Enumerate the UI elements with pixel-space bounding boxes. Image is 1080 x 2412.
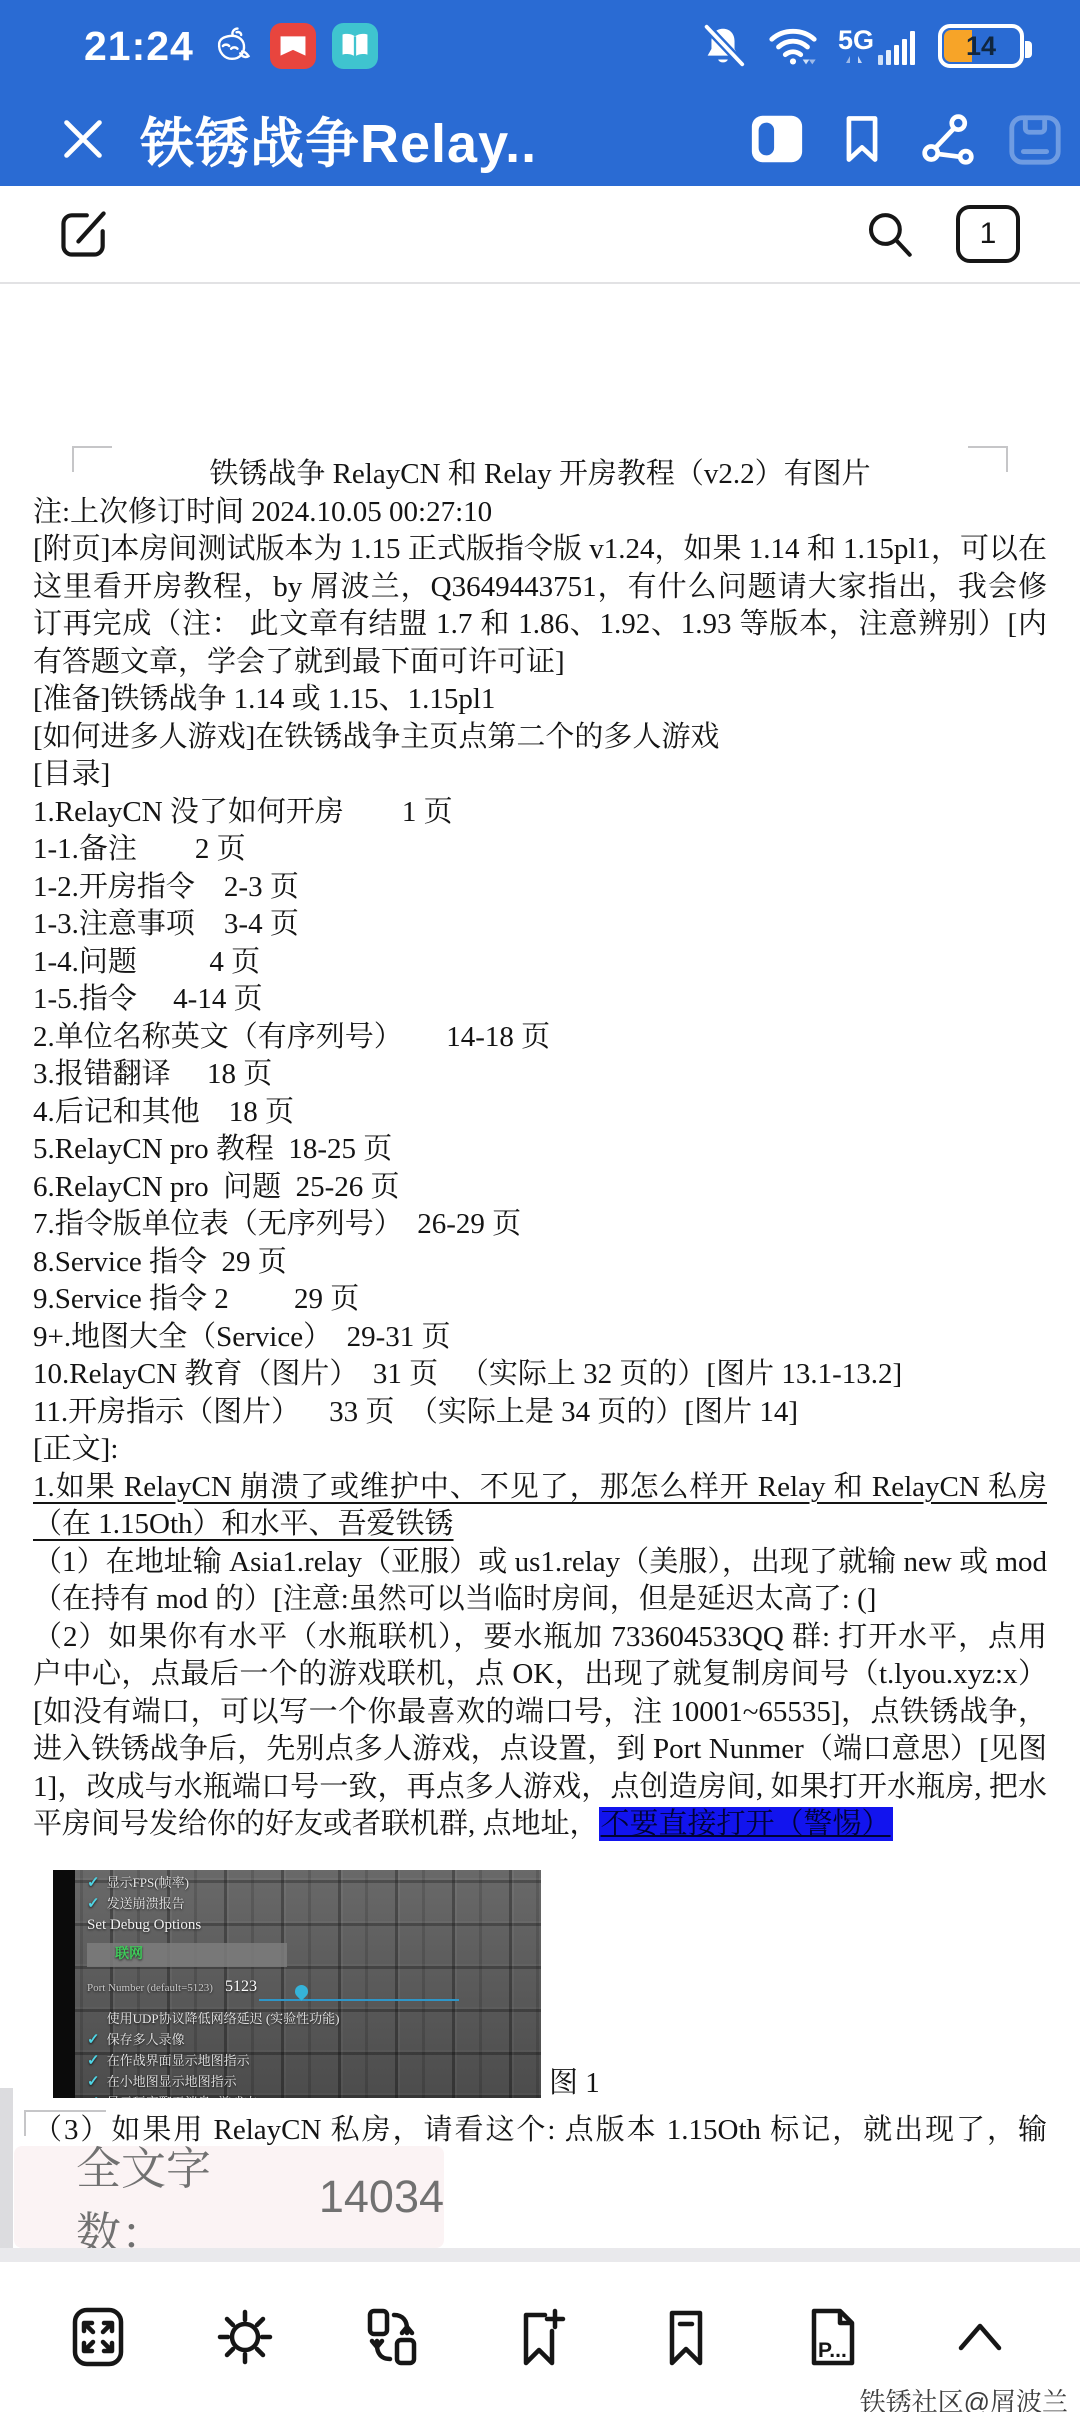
export-pdf-button[interactable]: P... bbox=[801, 2304, 867, 2370]
section-heading-underlined: 1.如果 RelayCN 崩溃了或维护中、不见了，那怎么样开 Relay 和 R… bbox=[33, 1469, 1047, 1544]
check-icon: ✓ bbox=[87, 1897, 100, 1911]
doc-line: [目录] bbox=[33, 756, 1047, 794]
page-indicator[interactable]: 1 bbox=[956, 205, 1020, 263]
check-icon: ✓ bbox=[87, 2075, 100, 2089]
fit-screen-button[interactable] bbox=[66, 2304, 132, 2370]
game-checkbox: ✓显示FPS(帧率) bbox=[87, 1875, 537, 1891]
contents-panel-button[interactable] bbox=[748, 109, 808, 169]
slider-track bbox=[259, 1999, 459, 2001]
paragraph-text: （2）如果你有水平（水瓶联机），要水瓶加 733604533QQ 群: 打开水平… bbox=[33, 1621, 1047, 1841]
doc-line: [如何进多人游戏]在铁锈战争主页点第二个的多人游戏 bbox=[33, 719, 1047, 757]
check-icon: ✓ bbox=[87, 2033, 100, 2047]
figure-caption: 图 1 bbox=[549, 2068, 600, 2098]
red-book-app-icon bbox=[270, 23, 316, 69]
toc-line: 11.开房指示（图片） 33 页 （实际上是 34 页的）[图片 14] bbox=[33, 1394, 1047, 1432]
divider bbox=[0, 2248, 1080, 2262]
battery-percent: 14 bbox=[966, 31, 996, 62]
save-button[interactable] bbox=[1006, 109, 1066, 169]
bookmark-add-button[interactable] bbox=[507, 2304, 573, 2370]
game-checkbox: ✓保存多人录像 bbox=[87, 2032, 537, 2048]
doc-line: [正文]: bbox=[33, 1431, 1047, 1469]
word-count-label: 全文字数： bbox=[76, 2132, 301, 2262]
game-network-tab: 联网 bbox=[87, 1943, 287, 1967]
toc-line: 1.RelayCN 没了如何开房 1 页 bbox=[33, 794, 1047, 832]
toc-line: 9+.地图大全（Service） 29-31 页 bbox=[33, 1319, 1047, 1357]
bell-muted-icon bbox=[698, 21, 748, 71]
reader-toolbar: 1 bbox=[0, 186, 1080, 282]
toc-line: 2.单位名称英文（有序列号） 14-18 页 bbox=[33, 1019, 1047, 1057]
doc-heading: 铁锈战争 RelayCN 和 Relay 开房教程（v2.2）有图片 bbox=[33, 456, 1047, 494]
status-bar: 21:24 bbox=[0, 18, 1080, 74]
whale-app-icon bbox=[210, 24, 254, 68]
game-checkbox: ✓发送崩溃报告 bbox=[87, 1896, 537, 1912]
doc-line: 注:上次修订时间 2024.10.05 00:27:10 bbox=[33, 494, 1047, 532]
page-reflow-button[interactable] bbox=[360, 2304, 426, 2370]
collapse-button[interactable] bbox=[948, 2304, 1014, 2370]
share-button[interactable] bbox=[920, 109, 980, 169]
toc-line: 1-3.注意事项 3-4 页 bbox=[33, 906, 1047, 944]
close-button[interactable] bbox=[56, 110, 114, 168]
slider-handle-icon bbox=[292, 1982, 310, 2000]
toc-line: 8.Service 指令 29 页 bbox=[33, 1244, 1047, 1282]
game-checkbox: ✓在作战界面显示地图指示 bbox=[87, 2053, 537, 2069]
game-checkbox: ✓使用UDP协议降低网络延迟 (实验性功能) bbox=[87, 2011, 537, 2027]
document-body: 铁锈战争 RelayCN 和 Relay 开房教程（v2.2）有图片 注:上次修… bbox=[33, 456, 1047, 2187]
figure-image-game-settings: ✓显示FPS(帧率) ✓发送崩溃报告 Set Debug Options 联网 … bbox=[53, 1870, 541, 2098]
network-type-label: 5G bbox=[838, 27, 874, 53]
toc-line: 9.Service 指令 2 29 页 bbox=[33, 1281, 1047, 1319]
search-button[interactable] bbox=[862, 207, 916, 261]
word-count-value: 14034 bbox=[319, 2171, 444, 2223]
signal-bars-icon: 5G bbox=[838, 27, 920, 65]
bookmark-button[interactable] bbox=[834, 109, 894, 169]
toc-line: 10.RelayCN 教育（图片） 31 页 （实际上 32 页的）[图片 13… bbox=[33, 1356, 1047, 1394]
document-title: 铁锈战争Relay.. bbox=[140, 101, 537, 178]
highlighted-text: 不要直接打开（警惕） bbox=[599, 1807, 893, 1841]
toc-line: 1-4.问题 4 页 bbox=[33, 944, 1047, 982]
toc-line: 1-1.备注 2 页 bbox=[33, 831, 1047, 869]
doc-line: [附页]本房间测试版本为 1.15 正式版指令版 v1.24，如果 1.14 和… bbox=[33, 531, 1047, 681]
check-icon: ✓ bbox=[87, 1876, 100, 1890]
figure-block: ✓显示FPS(帧率) ✓发送崩溃报告 Set Debug Options 联网 … bbox=[53, 1870, 1047, 2098]
app-header: 21:24 bbox=[0, 0, 1080, 186]
title-bar: 铁锈战争Relay.. bbox=[0, 92, 1080, 186]
game-checkbox: ✓在小地图显示地图指示 bbox=[87, 2074, 537, 2090]
clock: 21:24 bbox=[84, 23, 194, 70]
document-page: 铁锈战争 RelayCN 和 Relay 开房教程（v2.2）有图片 注:上次修… bbox=[0, 284, 1080, 2248]
game-checkbox: ✓显示玩家聊天消息 (游戏内) bbox=[87, 2095, 537, 2098]
wifi-icon bbox=[766, 23, 820, 69]
page-edge-gutter bbox=[0, 2088, 13, 2248]
doc-line: [准备]铁锈战争 1.14 或 1.15、1.15pl1 bbox=[33, 681, 1047, 719]
word-count-badge: 全文字数： 14034 bbox=[14, 2146, 444, 2248]
toc-line: 3.报错翻译 18 页 bbox=[33, 1056, 1047, 1094]
game-port-row: Port Number (default=5123)5123 bbox=[87, 1979, 537, 2005]
edit-button[interactable] bbox=[56, 206, 112, 262]
toc-line: 1-2.开房指令 2-3 页 bbox=[33, 869, 1047, 907]
doc-paragraph: （1）在地址输 Asia1.relay（亚服）或 us1.relay（美服），出… bbox=[33, 1544, 1047, 1619]
brightness-button[interactable] bbox=[213, 2304, 279, 2370]
teal-book-app-icon bbox=[332, 23, 378, 69]
check-icon: ✓ bbox=[87, 2096, 100, 2098]
bookmark-remove-button[interactable] bbox=[654, 2304, 720, 2370]
svg-text:P...: P... bbox=[818, 2339, 847, 2362]
toc-line: 5.RelayCN pro 教程 18-25 页 bbox=[33, 1131, 1047, 1169]
battery-icon: 14 bbox=[938, 24, 1024, 68]
toc-line: 4.后记和其他 18 页 bbox=[33, 1094, 1047, 1132]
game-debug-button: Set Debug Options bbox=[87, 1917, 537, 1933]
toc-line: 7.指令版单位表（无序列号） 26-29 页 bbox=[33, 1206, 1047, 1244]
check-icon: ✓ bbox=[87, 2054, 100, 2068]
toc-line: 1-5.指令 4-14 页 bbox=[33, 981, 1047, 1019]
toc-line: 6.RelayCN pro 问题 25-26 页 bbox=[33, 1169, 1047, 1207]
doc-paragraph: （2）如果你有水平（水瓶联机），要水瓶加 733604533QQ 群: 打开水平… bbox=[33, 1619, 1047, 1844]
watermark: 铁锈社区@屑波兰 bbox=[860, 2382, 1068, 2412]
